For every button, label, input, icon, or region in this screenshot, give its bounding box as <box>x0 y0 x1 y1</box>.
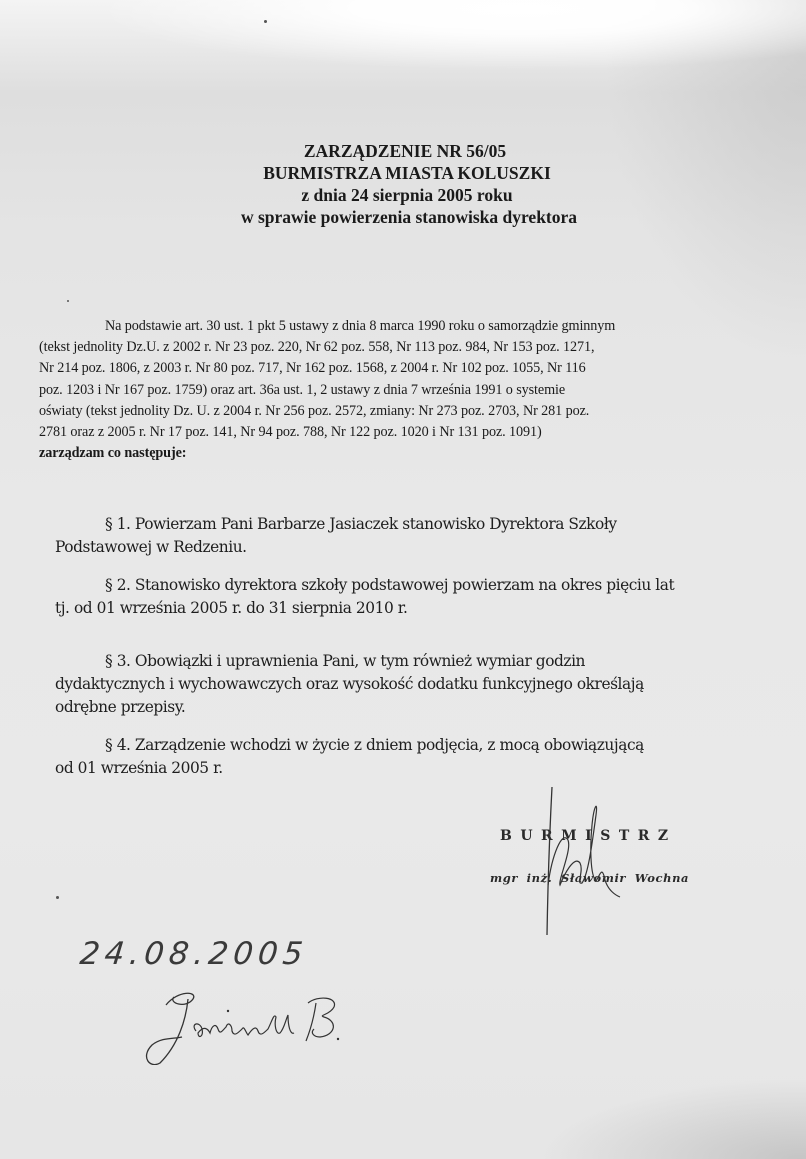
recipient-handwritten-signature <box>138 985 368 1065</box>
scan-speck <box>56 896 59 899</box>
section-2-paragraph: § 2. Stanowisko dyrektora szkoły podstaw… <box>55 574 755 620</box>
handwritten-date: 24.08.2005 <box>78 936 309 972</box>
preamble-line: oświaty (tekst jednolity Dz. U. z 2004 r… <box>39 401 779 422</box>
mayor-handwritten-signature <box>530 785 630 945</box>
paragraph-line: § 4. Zarządzenie wchodzi w życie z dniem… <box>55 734 755 757</box>
paragraph-line: odrębne przepisy. <box>55 696 755 719</box>
section-1-paragraph: § 1. Powierzam Pani Barbarze Jasiaczek s… <box>55 513 755 559</box>
issuing-authority: BURMISTRZA MIASTA KOLUSZKI <box>0 162 806 184</box>
paragraph-line: Podstawowej w Redzeniu. <box>55 536 755 559</box>
preamble-line: poz. 1203 i Nr 167 poz. 1759) oraz art. … <box>39 380 779 401</box>
section-4-paragraph: § 4. Zarządzenie wchodzi w życie z dniem… <box>55 734 755 780</box>
preamble-line: 2781 oraz z 2005 r. Nr 17 poz. 141, Nr 9… <box>39 422 779 443</box>
legal-basis-preamble: Na podstawie art. 30 ust. 1 pkt 5 ustawy… <box>39 316 779 464</box>
paragraph-line: od 01 września 2005 r. <box>55 757 755 780</box>
paragraph-line: § 3. Obowiązki i uprawnienia Pani, w tym… <box>55 650 755 673</box>
section-3-paragraph: § 3. Obowiązki i uprawnienia Pani, w tym… <box>55 650 755 719</box>
paragraph-line: dydaktycznych i wychowawczych oraz wysok… <box>55 673 755 696</box>
paragraph-line: § 1. Powierzam Pani Barbarze Jasiaczek s… <box>55 513 755 536</box>
ordinance-number: ZARZĄDZENIE NR 56/05 <box>0 140 806 162</box>
preamble-line: Na podstawie art. 30 ust. 1 pkt 5 ustawy… <box>39 316 779 337</box>
document-header: ZARZĄDZENIE NR 56/05 BURMISTRZA MIASTA K… <box>0 140 806 228</box>
preamble-line: (tekst jednolity Dz.U. z 2002 r. Nr 23 p… <box>39 337 779 358</box>
preamble-closing: zarządzam co następuje: <box>39 443 779 464</box>
ordinance-date: z dnia 24 sierpnia 2005 roku <box>0 184 806 206</box>
paragraph-line: § 2. Stanowisko dyrektora szkoły podstaw… <box>55 574 755 597</box>
ordinance-subject: w sprawie powierzenia stanowiska dyrekto… <box>0 206 806 228</box>
preamble-line: Nr 214 poz. 1806, z 2003 r. Nr 80 poz. 7… <box>39 358 779 379</box>
scan-speck <box>264 20 267 23</box>
paragraph-line: tj. od 01 września 2005 r. do 31 sierpni… <box>55 597 755 620</box>
scan-speck <box>67 300 69 302</box>
